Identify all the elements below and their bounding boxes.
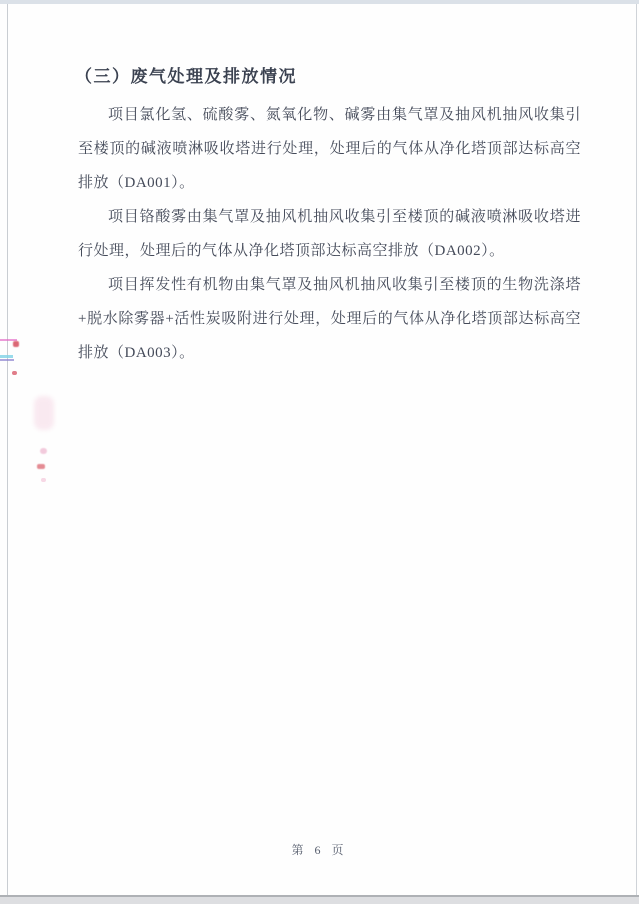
scan-artifact-pink-smudge bbox=[34, 396, 54, 430]
section-heading: （三）废气处理及排放情况 bbox=[78, 66, 581, 88]
page-number: 第 6 页 bbox=[0, 841, 639, 858]
scan-artifact-red-blob bbox=[13, 341, 19, 347]
scan-artifact-pink-dot bbox=[40, 448, 47, 454]
paragraph-voc-da003: 项目挥发性有机物由集气罩及抽风机抽风收集引至楼顶的生物洗涤塔+脱水除雾器+活性炭… bbox=[78, 268, 581, 370]
scan-artifact-magenta-line bbox=[0, 339, 17, 341]
page-right-border bbox=[636, 4, 637, 895]
scan-top-edge-band bbox=[0, 0, 639, 4]
scan-bottom-edge-band bbox=[0, 897, 639, 904]
page-left-border bbox=[7, 4, 8, 895]
document-body: （三）废气处理及排放情况 项目氯化氢、硫酸雾、氮氧化物、碱雾由集气罩及抽风机抽风… bbox=[78, 66, 581, 370]
scanned-document-page: （三）废气处理及排放情况 项目氯化氢、硫酸雾、氮氧化物、碱雾由集气罩及抽风机抽风… bbox=[0, 0, 639, 904]
scan-artifact-red-dot bbox=[37, 464, 45, 469]
scan-artifact-pink-dot bbox=[41, 478, 46, 482]
paragraph-waste-gas-da001: 项目氯化氢、硫酸雾、氮氧化物、碱雾由集气罩及抽风机抽风收集引至楼顶的碱液喷淋吸收… bbox=[78, 98, 581, 200]
scan-artifact-red-dot bbox=[12, 371, 17, 375]
paragraph-chromic-acid-mist-da002: 项目铬酸雾由集气罩及抽风机抽风收集引至楼顶的碱液喷淋吸收塔进行处理，处理后的气体… bbox=[78, 200, 581, 268]
